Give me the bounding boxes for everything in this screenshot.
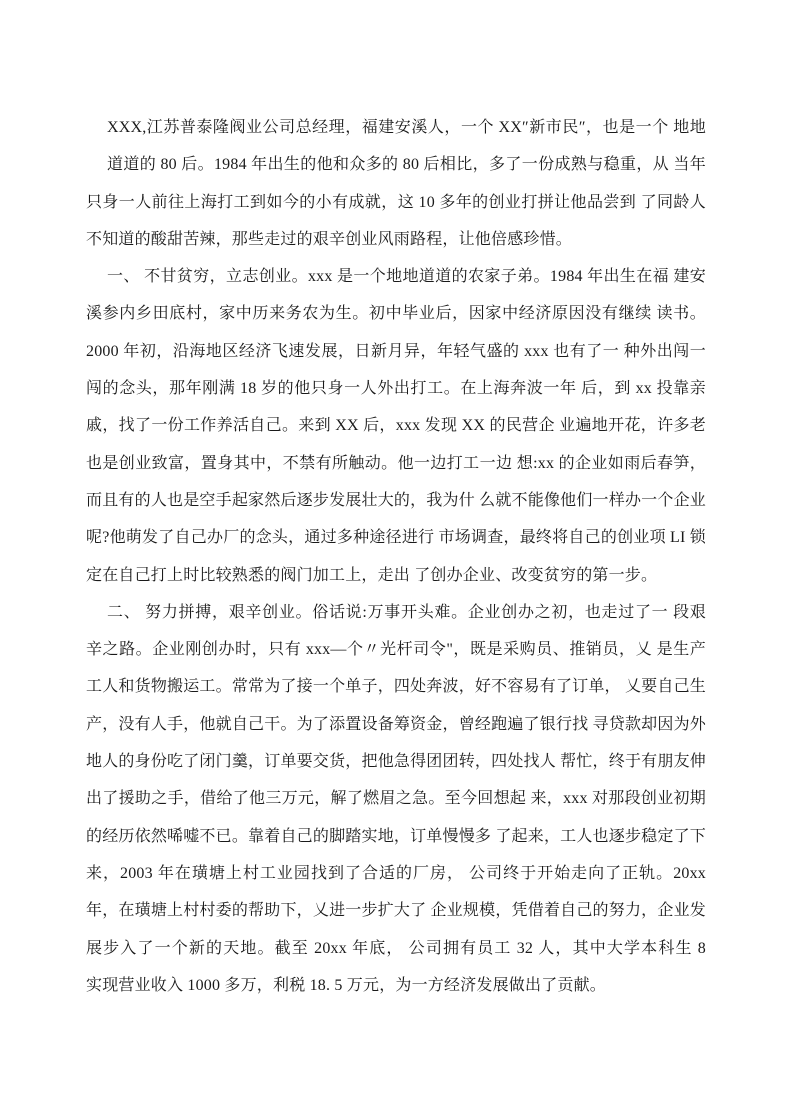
text-line: 溪参内乡田底村，家中历来务农为生。初中毕业后，因家中经济原因没有继续 读书。	[86, 295, 706, 332]
text-line: 工人和货物搬运工。常常为了接一个单子，四处奔波，好不容易有了订单， 乂要自己生	[86, 668, 706, 705]
text-line: 辛之路。企业刚创办时，只有 xxx—个〃光杆司令"，既是采购员、推销员，乂 是生…	[86, 631, 706, 668]
text-line: 戚，找了一份工作养活自己。来到 XX 后，xxx 发现 XX 的民营企 业遍地开…	[86, 407, 706, 444]
text-line: 的经历依然唏嘘不已。靠着自己的脚踏实地，订单慢慢多 了起来，工人也逐步稳定了下	[86, 818, 706, 855]
text-line: 也是创业致富，置身其中，不禁有所触动。他一边打工一边 想:xx 的企业如雨后春笋…	[86, 445, 706, 482]
section-one-paragraph: 一、 不甘贫穷，立志创业。xxx 是一个地地道道的农家子弟。1984 年出生在福…	[86, 258, 706, 594]
text-line: XXX,江苏普泰隆阀业公司总经理，福建安溪人，一个 XX″新市民″，也是一个 地…	[86, 109, 706, 146]
document-body: XXX,江苏普泰隆阀业公司总经理，福建安溪人，一个 XX″新市民″，也是一个 地…	[86, 109, 706, 1004]
text-line: 只身一人前往上海打工到如今的小有成就，这 10 多年的创业打拼让他品尝到 了同龄…	[86, 184, 706, 221]
text-line: 实现营业收入 1000 多万，利税 18. 5 万元，为一方经济发展做出了贡献。	[86, 967, 706, 1004]
text-line: 出了援助之手，借给了他三万元，解了燃眉之急。至今回想起 来，xxx 对那段创业初…	[86, 780, 706, 817]
text-line: 不知道的酸甜苦辣，那些走过的艰辛创业风雨路程，让他倍感珍惜。	[86, 221, 706, 258]
text-line: 产，没有人手，他就自己干。为了添置设备筹资金，曾经跑遍了银行找 寻贷款却因为外	[86, 706, 706, 743]
text-line: 2000 年初，沿海地区经济飞速发展，日新月异，年轻气盛的 xxx 也有了一 种…	[86, 333, 706, 370]
text-line: 闯的念头，那年刚满 18 岁的他只身一人外出打工。在上海奔波一年 后，到 xx …	[86, 370, 706, 407]
text-line: 展步入了一个新的天地。截至 20xx 年底， 公司拥有员工 32 人，其中大学本…	[86, 930, 706, 967]
text-line: 年，在璜塘上村村委的帮助下，乂进一步扩大了 企业规模，凭借着自己的努力，企业发	[86, 892, 706, 929]
text-line: 而且有的人也是空手起家然后逐步发展壮大的，我为什 么就不能像他们一样办一个企业	[86, 482, 706, 519]
text-line: 呢?他萌发了自己办厂的念头，通过多种途径进行 市场调查，最终将自己的创业项 LI…	[86, 519, 706, 556]
text-line: 定在自己打上时比较熟悉的阀门加工上，走出 了创办企业、改变贫穷的第一步。	[86, 557, 706, 594]
text-line: 道道的 80 后。1984 年出生的他和众多的 80 后相比，多了一份成熟与稳重…	[86, 146, 706, 183]
intro-paragraph: XXX,江苏普泰隆阀业公司总经理，福建安溪人，一个 XX″新市民″，也是一个 地…	[86, 109, 706, 258]
section-two-paragraph: 二、 努力拼搏，艰辛创业。俗话说:万事开头难。企业创办之初，也走过了一 段艰辛之…	[86, 594, 706, 1004]
text-line: 来，2003 年在璜塘上村工业园找到了合适的厂房， 公司终于开始走向了正轨。20…	[86, 855, 706, 892]
text-line: 地人的身份吃了闭门羹，订单要交货，把他急得团团转，四处找人 帮忙，终于有朋友伸	[86, 743, 706, 780]
text-line: 二、 努力拼搏，艰辛创业。俗话说:万事开头难。企业创办之初，也走过了一 段艰	[86, 594, 706, 631]
document-page: XXX,江苏普泰隆阀业公司总经理，福建安溪人，一个 XX″新市民″，也是一个 地…	[0, 0, 792, 1119]
text-line: 一、 不甘贫穷，立志创业。xxx 是一个地地道道的农家子弟。1984 年出生在福…	[86, 258, 706, 295]
